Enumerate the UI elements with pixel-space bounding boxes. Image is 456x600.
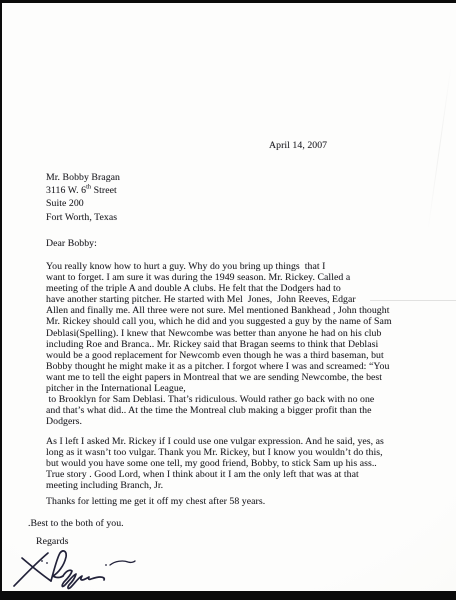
signature-dot-2 bbox=[46, 562, 48, 564]
signature-lowercase bbox=[62, 570, 104, 588]
body-paragraph-2: As I left I asked Mr. Rickey if I could … bbox=[46, 436, 444, 491]
recipient-street-number: 3116 W. 6 bbox=[46, 185, 86, 196]
recipient-city: Fort Worth, Texas bbox=[46, 211, 120, 224]
signature-capital bbox=[51, 551, 66, 581]
body-paragraph-1: You really know how to hurt a guy. Why d… bbox=[46, 261, 444, 427]
thanks-line: Thanks for letting me get it off my ches… bbox=[46, 496, 265, 507]
signature-flourish-up bbox=[14, 553, 48, 586]
signature-dot-1 bbox=[41, 560, 43, 562]
scanned-letter-frame: April 14, 2007 Mr. Bobby Bragan 3116 W. … bbox=[0, 0, 456, 600]
signature-tilde bbox=[110, 561, 135, 565]
best-wishes-line: .Best to the both of you. bbox=[28, 518, 124, 529]
signature-flourish-down bbox=[22, 558, 51, 581]
letter-date: April 14, 2007 bbox=[269, 140, 327, 151]
salutation: Dear Bobby: bbox=[46, 238, 97, 249]
paper-crease bbox=[427, 64, 452, 232]
recipient-address-block: Mr. Bobby Bragan 3116 W. 6th Street Suit… bbox=[46, 171, 120, 224]
letter-page: April 14, 2007 Mr. Bobby Bragan 3116 W. … bbox=[2, 3, 456, 591]
recipient-street: 3116 W. 6th Street bbox=[46, 184, 120, 197]
recipient-name: Mr. Bobby Bragan bbox=[46, 171, 120, 184]
recipient-street-rest: Street bbox=[91, 185, 117, 196]
closing-regards: Regards bbox=[36, 536, 68, 547]
signature-handwriting bbox=[11, 549, 141, 593]
recipient-suite: Suite 200 bbox=[46, 197, 120, 210]
signature-i-dot bbox=[105, 564, 107, 566]
